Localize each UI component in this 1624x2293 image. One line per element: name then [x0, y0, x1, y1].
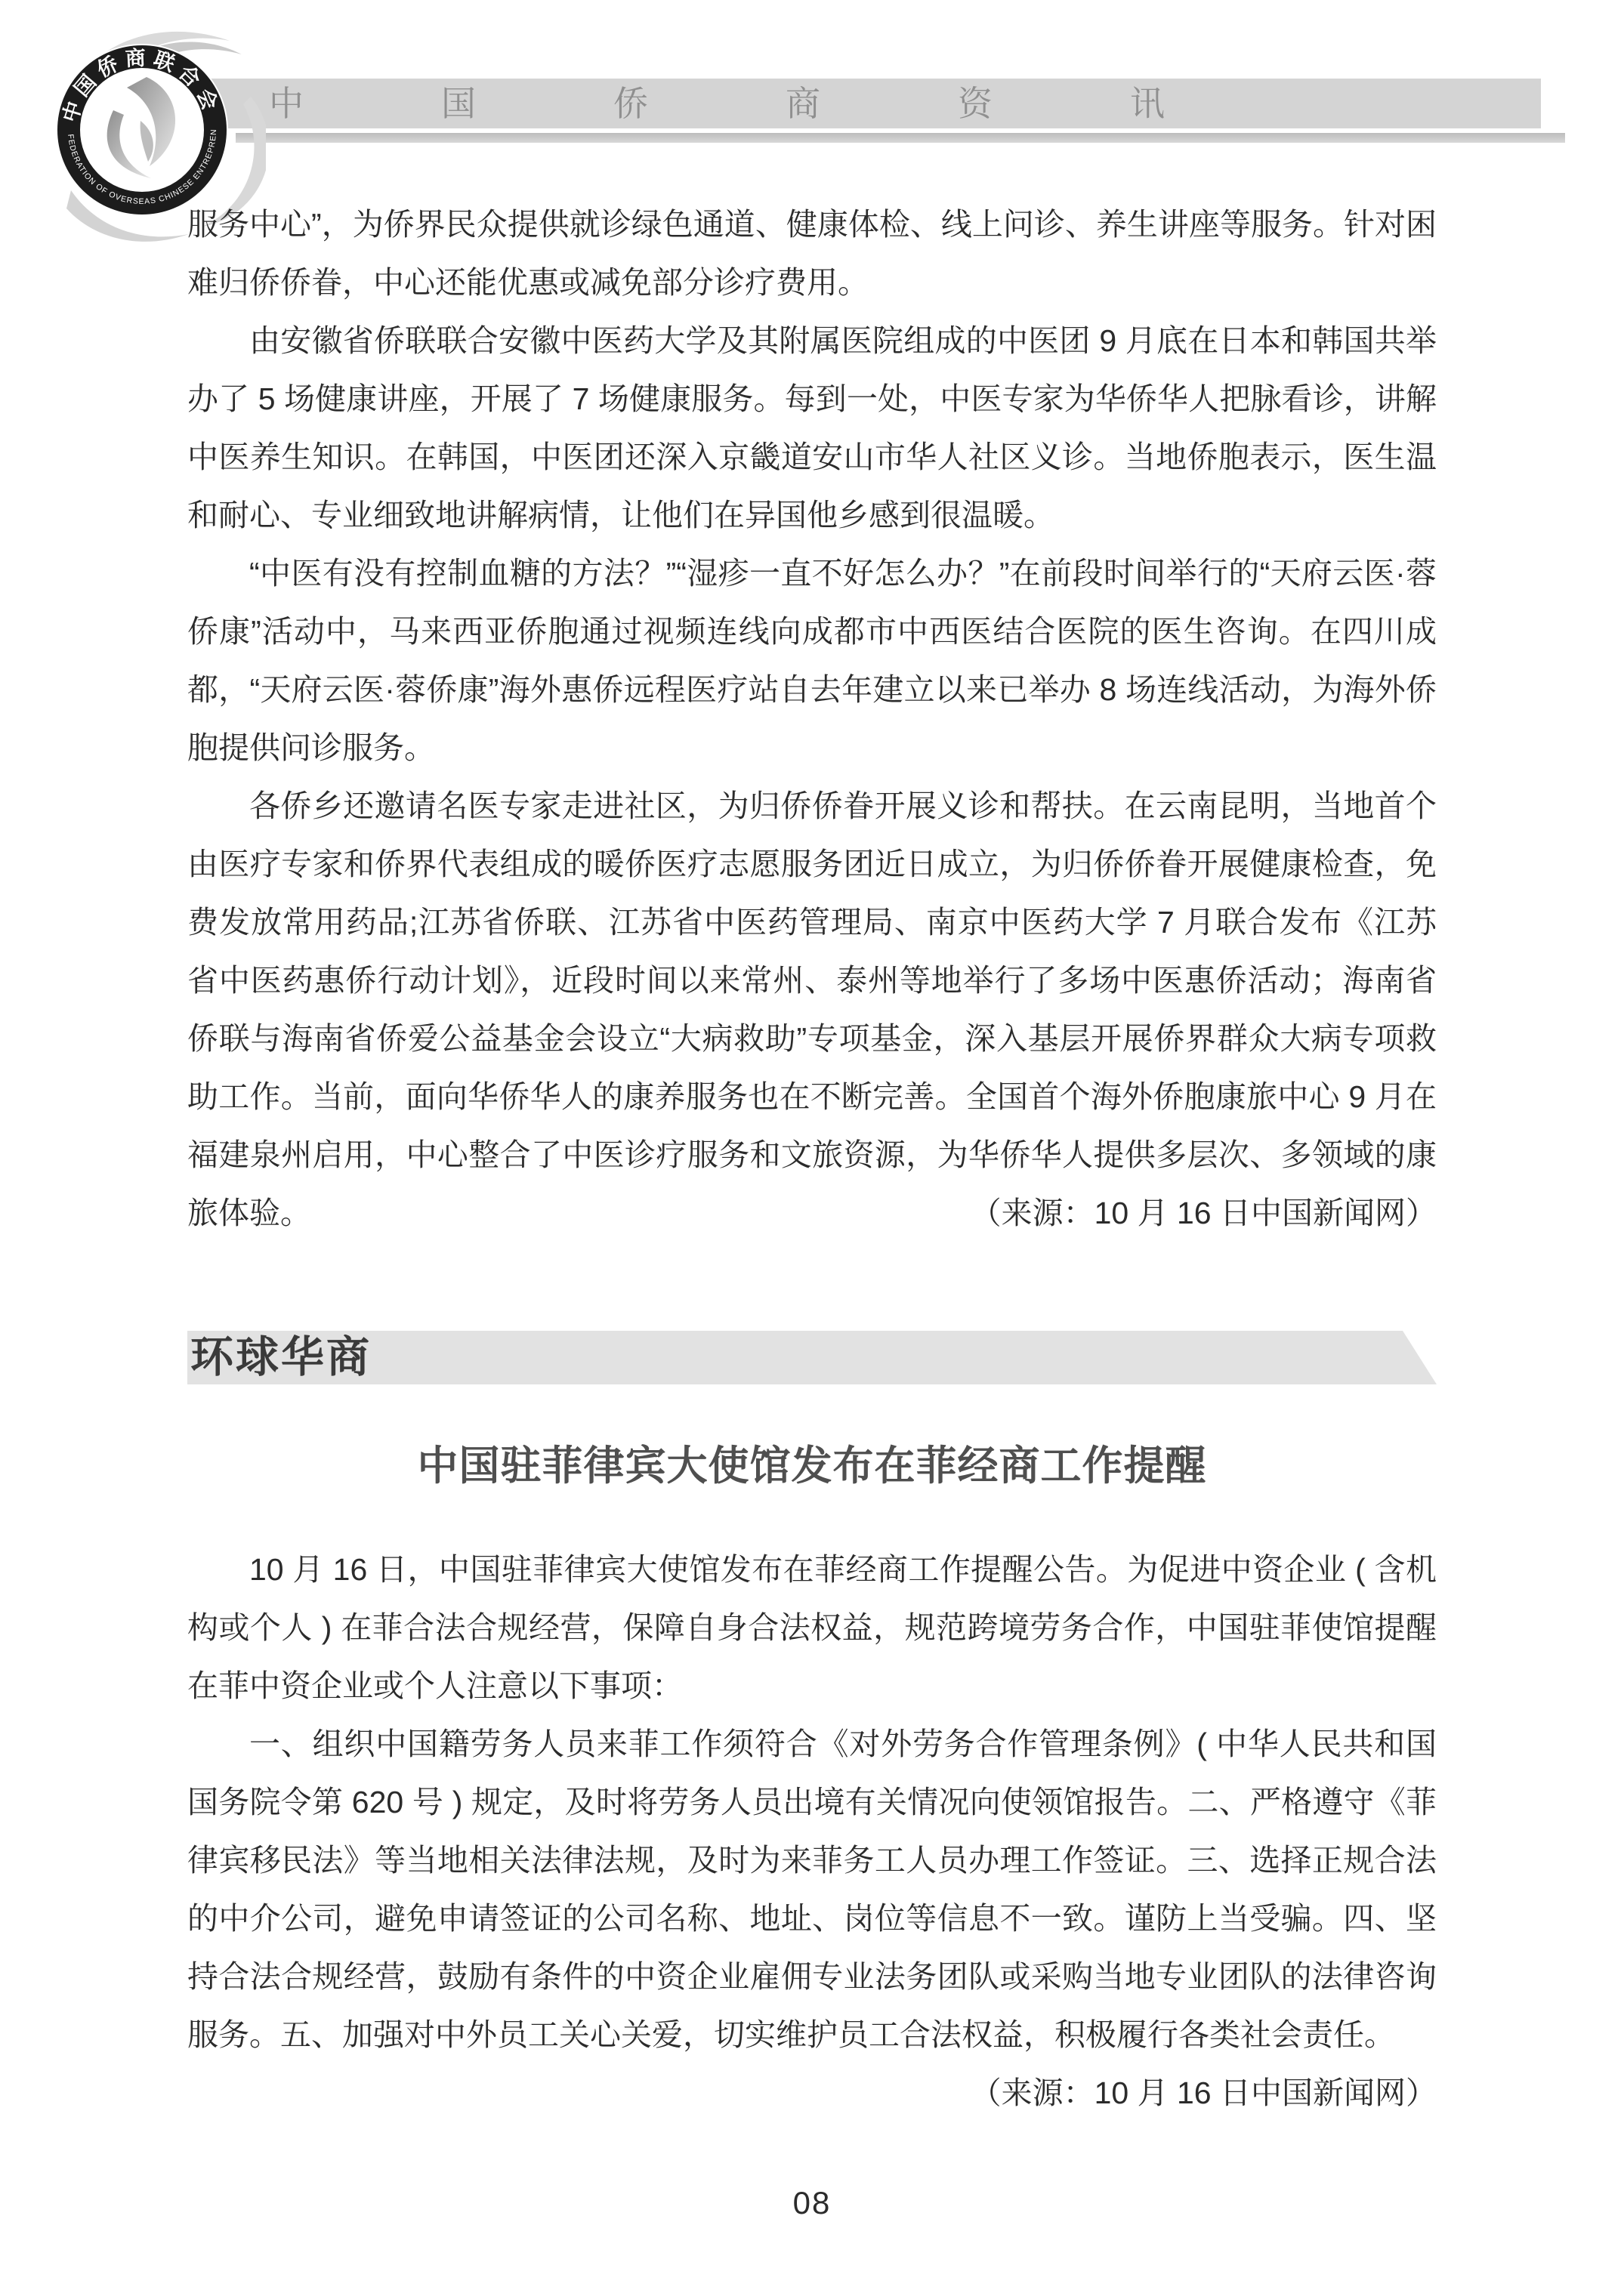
- article2-source-note: （来源：10 月 16 日中国新闻网）: [187, 2064, 1437, 2122]
- article2-paragraph: 10 月 16 日，中国驻菲律宾大使馆发布在菲经商工作提醒公告。为促进中资企业 …: [187, 1541, 1437, 1715]
- article1-paragraph: “中医有没有控制血糖的方法？”“湿疹一直不好怎么办？”在前段时间举行的“天府云医…: [187, 545, 1437, 777]
- article-overseas-health: 服务中心”，为侨界民众提供就诊绿色通道、健康体检、线上问诊、养生讲座等服务。针对…: [187, 196, 1437, 1242]
- page-number: 08: [0, 2185, 1624, 2221]
- section-banner: 环球华商: [187, 1331, 1437, 1384]
- article1-paragraph: 各侨乡还邀请名医专家走进社区，为归侨侨眷开展义诊和帮扶。在云南昆明，当地首个由医…: [187, 777, 1437, 1242]
- article1-paragraph: 由安徽省侨联联合安徽中医药大学及其附属医院组成的中医团 9 月底在日本和韩国共举…: [187, 312, 1437, 545]
- header-banner-title: 中国侨商资讯: [172, 79, 1541, 128]
- page-content: 服务中心”，为侨界民众提供就诊绿色通道、健康体检、线上问诊、养生讲座等服务。针对…: [187, 196, 1437, 2122]
- article2-paragraph: 一、组织中国籍劳务人员来菲工作须符合《对外劳务合作管理条例》( 中华人民共和国国…: [187, 1715, 1437, 2064]
- section-title: 环球华商: [187, 1331, 372, 1384]
- header-underline-bar: [236, 133, 1565, 143]
- newsletter-page: 中国侨商资讯: [0, 0, 1624, 2293]
- header-banner: 中国侨商资讯: [172, 79, 1541, 128]
- article1-source-note: （来源：10 月 16 日中国新闻网）: [187, 1184, 1437, 1242]
- article-philippines-notice: 中国驻菲律宾大使馆发布在菲经商工作提醒 10 月 16 日，中国驻菲律宾大使馆发…: [187, 1443, 1437, 2122]
- article2-title: 中国驻菲律宾大使馆发布在菲经商工作提醒: [187, 1443, 1437, 1489]
- article1-paragraph: 服务中心”，为侨界民众提供就诊绿色通道、健康体检、线上问诊、养生讲座等服务。针对…: [187, 196, 1437, 312]
